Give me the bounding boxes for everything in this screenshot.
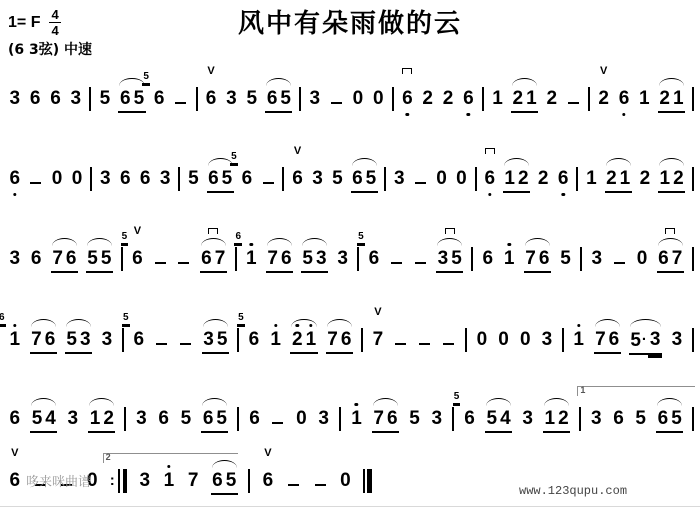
note: 21 [605,168,632,193]
up-bow-icon: V [134,226,141,237]
note: 6 [138,168,152,190]
volta-label: 2 [106,453,111,462]
octave-dot-high-note: 1 [269,329,283,351]
tie-arc [203,319,228,327]
note: 1 [502,248,516,270]
note: 3 [138,470,152,492]
tie-arc [31,398,56,406]
note: 6 [8,408,22,430]
repeat-end-barline: : [110,469,128,493]
dash-note [565,88,581,114]
note: 56 [463,408,477,430]
dash-note [28,168,44,194]
note: 65 [656,408,683,433]
barline [579,407,581,431]
dash-bar [391,262,402,264]
note: 53 [65,329,92,354]
dash-bar [30,182,41,184]
tie-arc [657,398,682,406]
note: 5V6 [131,248,145,270]
tie-arc [504,158,529,166]
down-bow-icon [208,228,218,234]
tie-arc [89,398,114,406]
dash-note [412,168,428,194]
tie-arc [544,398,569,406]
barline [361,328,363,352]
barline [465,328,467,352]
note: 12 [543,408,570,433]
note: 3 [311,168,325,190]
note: 65 [211,470,238,495]
dash-note [412,248,428,274]
note: 7 [186,470,200,492]
grace-note: 5 [121,232,129,244]
barline [237,328,239,352]
note: 3 [135,408,149,430]
barline [692,87,694,111]
octave-dot-low-note: 6 [401,88,415,110]
note: 67 [200,248,227,273]
note: 65 [201,408,228,433]
tie-arc [327,319,352,327]
volta-bracket: 1 [577,386,695,396]
octave-dot-high-note: 1 [304,329,318,351]
down-bow-icon [485,148,495,154]
barline [392,87,394,111]
octave-dot-high-note: 1 [572,329,586,351]
dash-bar [263,182,274,184]
note: 6 [462,88,476,110]
note: 12 [503,168,530,193]
note: 6 [49,88,63,110]
note: 5 [187,168,201,190]
note: 6 [28,88,42,110]
score-line: 3676555V66761765335635617653067 [8,248,694,282]
down-bow-icon [665,228,675,234]
up-bow-icon: V [374,307,381,318]
dash-note [312,470,328,496]
repeat-dots: : [110,470,115,492]
tie-arc [525,238,550,246]
note: 56 [247,329,261,351]
grace-note: 5 [237,313,245,325]
dash-bar [568,102,579,104]
note: 76 [372,408,399,433]
note: 5 [331,168,345,190]
barline [89,87,91,111]
note: 6 [157,408,171,430]
dash-note [154,329,170,355]
note: 6 [8,168,22,190]
up-bow-icon: V [264,448,271,459]
barline [576,167,578,191]
note: 3 [69,88,83,110]
barline [580,247,582,271]
note: 56 [132,329,146,351]
dash-bar [272,422,283,424]
note: 56 [240,168,254,190]
barline [299,87,301,111]
tie-arc [373,398,398,406]
rest-note: 0 [351,88,365,110]
watermark-text: 哆来咪曲谱 [26,471,91,490]
dash-note [173,88,189,114]
dash-bar [331,102,342,104]
tie-arc [486,398,511,406]
note: 2 [421,88,435,110]
dash-note [393,329,409,355]
note: 3 [589,408,603,430]
note: 3 [99,168,113,190]
note: 53 [301,248,328,273]
note: 3 [8,88,22,110]
dash-bar [288,484,299,486]
rest-note: 0 [371,88,385,110]
site-url: www.123qupu.com [519,484,627,498]
note: 21 [511,88,538,113]
rest-note: 0 [475,329,489,351]
barline [122,328,124,352]
note: 2 [545,88,559,110]
dash-note [176,248,192,274]
barline [121,247,123,271]
up-bow-icon: V [207,66,214,77]
note: 5·3 [629,329,662,355]
song-title: 风中有朵雨做的云 [0,3,700,40]
note: 5 [179,408,193,430]
note: 6 [612,408,626,430]
octave-dot-low-note: 6 [8,168,22,190]
score-line: 600366356556V6356530061226121212 [8,168,694,202]
dash-note [152,248,168,274]
up-bow-icon: V [600,66,607,77]
dash-note [441,329,457,355]
note: 76 [51,248,78,273]
tuning-and-tempo: (6 3弦) 中速 [8,39,92,59]
grace-note: 6 [234,232,242,244]
dash-bar [155,262,166,264]
down-bow-icon [445,228,455,234]
note: 1 [162,470,176,492]
octave-dot-low-note: 6 [556,168,570,190]
note: 6 [481,248,495,270]
barline [692,247,694,271]
grace-note: 5 [230,152,238,164]
note: V6 [261,470,275,492]
note: 6 [556,168,570,190]
barline [90,167,92,191]
note: 3 [540,329,554,351]
note: 3 [392,168,406,190]
rest-note: 0 [518,329,532,351]
barline [282,167,284,191]
tie-arc [266,78,291,86]
dash-note [389,248,405,274]
note: V6 [291,168,305,190]
note: 6 [29,248,43,270]
dash-bar [315,484,326,486]
rest-note: 0 [635,248,649,270]
volta-label: 1 [580,386,585,395]
barline [384,167,386,191]
note: 61 [8,329,22,351]
score-line: 366356556V6356530062261212V26121 [8,88,694,122]
note: 2 [536,168,550,190]
rest-note: 0 [50,168,64,190]
dash-bar [415,262,426,264]
grace-note: 5 [357,232,365,244]
dash-bar [178,262,189,264]
note: 3 [308,88,322,110]
dash-bar [175,102,186,104]
note: 56 [367,248,381,270]
note: 65 [351,168,378,193]
dash-note [270,408,286,434]
dash-bar [614,262,625,264]
barline [452,407,454,431]
note: V6 [8,470,22,492]
barline [471,247,473,271]
barline [196,87,198,111]
note: 1 [585,168,599,190]
augmentation-dot: · [641,331,647,348]
grace-note: 6 [0,313,6,325]
note: 6 [118,168,132,190]
octave-dot-high-note: 1 [502,248,516,270]
grace-note: 5 [453,392,461,404]
tie-arc [606,158,631,166]
tie-arc [659,158,684,166]
grace-note: 5 [142,72,150,84]
up-bow-icon: V [294,146,301,157]
note: 76 [266,248,293,273]
tie-arc [201,238,226,246]
barline [562,328,564,352]
rest-note: 0 [70,168,84,190]
note: 6 [248,408,262,430]
octave-dot-low-note: 6 [617,88,631,110]
tie-arc [87,238,112,246]
barline [588,87,590,111]
dash-note [260,168,276,194]
tie-arc [302,238,327,246]
note: 3 [670,329,684,351]
grace-note: 5 [122,313,130,325]
note: 5 [559,248,573,270]
octave-dot-low-note: 6 [462,88,476,110]
note: 3 [521,408,535,430]
tie-arc [512,78,537,86]
dash-bar [419,343,430,345]
note: 12 [88,408,115,433]
dash-note [285,470,301,496]
up-bow-icon: V [11,448,18,459]
octave-dot-high-note: 1 [350,408,364,430]
barline [475,167,477,191]
tie-arc [267,238,292,246]
note: 3 [66,408,80,430]
dash-bar [443,343,454,345]
rest-note: 0 [295,408,309,430]
tie-arc [352,158,377,166]
tie-arc [437,238,462,246]
note: 61 [244,248,258,270]
note: 3 [8,248,22,270]
note: 65 [118,88,145,113]
note: 54 [30,408,57,433]
note: 5 [408,408,422,430]
note: 5 [245,88,259,110]
rest-note: 0 [497,329,511,351]
rest-note: 0 [435,168,449,190]
tie-arc [52,238,77,246]
note: 21 [290,329,317,354]
note: 76 [524,248,551,273]
barline [235,247,237,271]
note: 65 [265,88,292,113]
barline [357,247,359,271]
note: 3 [590,248,604,270]
note: 3 [336,248,350,270]
rest-note: 0 [339,470,353,492]
tie-arc [66,319,91,327]
barline [692,328,694,352]
octave-dot-high-note: 1 [244,248,258,270]
barline [339,407,341,431]
tie-arc [119,78,144,86]
note: 3 [225,88,239,110]
note: 6 [483,168,497,190]
score-line: 617653356355612176V700031765·33 [8,329,694,363]
dash-bar [156,343,167,345]
note: 3 [158,168,172,190]
note: 76 [326,329,353,354]
octave-dot-low-note: 6 [483,168,497,190]
note: V2 [597,88,611,110]
dash-note [328,88,344,114]
barline [237,407,239,431]
final-barline [363,469,372,493]
note: 76 [30,329,57,354]
dash-note [178,329,194,355]
barline [482,87,484,111]
dash-bar [395,343,406,345]
score-line: 16543123656560317653565431236565 [8,408,694,442]
tie-arc [658,238,683,246]
note: 6 [617,88,631,110]
dash-note [611,248,627,274]
tie-arc [31,319,56,327]
note: 6 [401,88,415,110]
barline [692,167,694,191]
tie-arc [595,319,620,327]
barline [124,407,126,431]
tie-arc [630,319,661,327]
note: 1 [638,88,652,110]
dash-bar [180,343,191,345]
note: 21 [658,88,685,113]
note: 56 [152,88,166,110]
note: 35 [436,248,463,273]
note: 5 [98,88,112,110]
octave-dot-high-note: 1 [162,470,176,492]
rest-note: 0 [455,168,469,190]
note: 1 [491,88,505,110]
note: 1 [572,329,586,351]
barline [692,407,694,431]
note: 67 [657,248,684,273]
tie-arc [202,398,227,406]
note: 76 [594,329,621,354]
note: 3 [100,329,114,351]
tie-arc [208,158,233,166]
note: V6 [204,88,218,110]
dash-bar [415,182,426,184]
note: 1 [350,408,364,430]
tie-arc [659,78,684,86]
note: 3 [317,408,331,430]
barline [178,167,180,191]
note: 54 [485,408,512,433]
note: 35 [202,329,229,354]
octave-dot-high-note: 1 [8,329,22,351]
note: 3 [430,408,444,430]
down-bow-icon [402,68,412,74]
note: 12 [658,168,685,193]
tie-arc [212,460,237,468]
sheet-music-page: 1= F 4 4 风中有朵雨做的云 (6 3弦) 中速 366356556V63… [0,0,700,507]
note: V7 [371,329,385,351]
note: 5 [634,408,648,430]
dash-note [417,329,433,355]
note: 1 [269,329,283,351]
octave-dot-high-note: 2 [290,329,304,351]
note: 55 [86,248,113,273]
note: 2 [638,168,652,190]
note: 2 [441,88,455,110]
note: 65 [207,168,234,193]
barline [248,469,250,493]
